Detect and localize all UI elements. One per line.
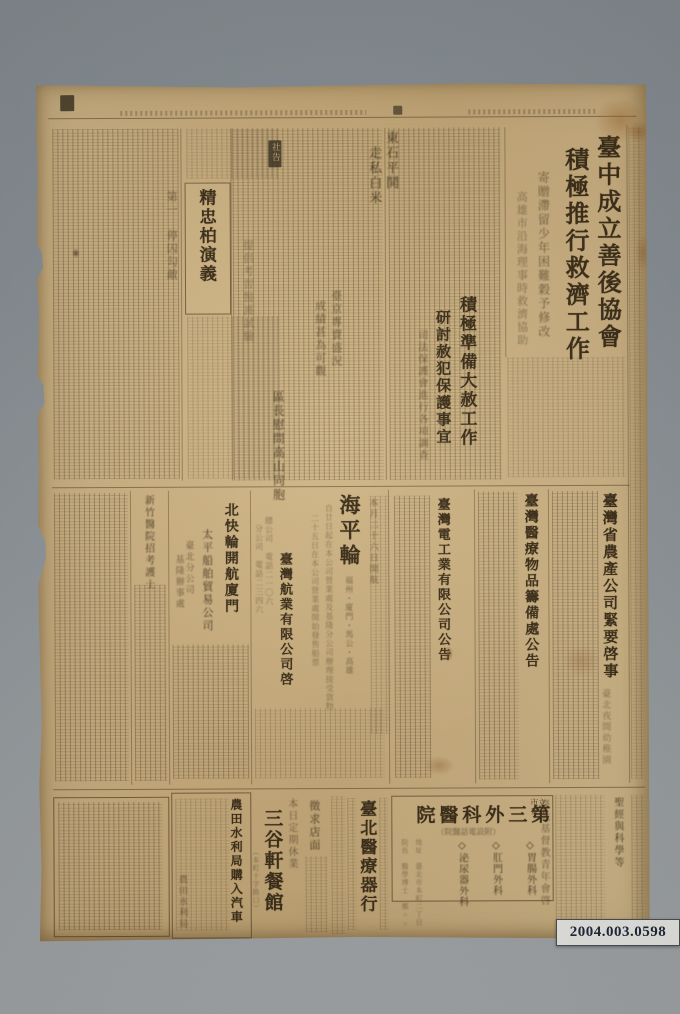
- edge-ad-texture: [631, 795, 646, 933]
- hospital3-item3: ◇泌尿器外科: [456, 840, 467, 907]
- body-text-block: [507, 357, 626, 478]
- ad-body-texture: [173, 644, 250, 778]
- ad-body-texture: [394, 496, 431, 778]
- ad-column-rule: [168, 491, 170, 785]
- haiping-signature: 臺灣航業有限公司啓: [278, 552, 292, 687]
- section-header-stamp-label: 社告: [270, 142, 280, 162]
- ad-body-texture: [552, 491, 599, 779]
- beikuai-company: 太平船舶貿易公司: [200, 529, 212, 633]
- serial-chapter-line: 第一 停囚勾敵: [165, 191, 177, 282]
- monopoly-subhead-1: 臺京專賣盛況: [329, 290, 341, 368]
- store-wanted-ad: 徵求店面: [307, 800, 319, 852]
- hospital3-ad-box: 市立臺北 院醫科外三第 （院醫話電設附） ◇胃腸外科 ◇肛門外科 ◇泌尿器外科 …: [391, 795, 553, 902]
- haiping-office1: 總公司 電話二一〇六: [264, 516, 273, 606]
- newspaper-page: 臺中成立善後協會 積極推行救濟工作 寄贈滯留少年困難穀予修改 高雄市沿海理事時救…: [36, 83, 650, 942]
- body-text-block: [52, 129, 180, 480]
- ad-body-texture: [478, 491, 519, 779]
- ad-body-texture: [54, 493, 129, 781]
- masthead-dateline-texture: [120, 110, 366, 116]
- masthead-rule: [48, 116, 636, 120]
- amnesty-headline-2: 研討赦犯保護事宜: [433, 310, 449, 446]
- masthead-issue-texture: [468, 109, 598, 115]
- qixing-side-texture: [379, 798, 389, 930]
- hospital3-item1: ◇胃腸外科: [524, 840, 535, 896]
- ad-column-rule: [130, 491, 132, 785]
- lead-subhead-1: 寄贈滯留少年困難穀予修改: [537, 171, 550, 339]
- store-ad-texture: [306, 856, 328, 932]
- hospital3-subtitle: （院醫話電設附）: [436, 826, 500, 837]
- hospital3-address: 地址 臺北市本町二丁目: [414, 839, 422, 927]
- hospital3-director: 院長 醫學博士 鄭○○: [400, 839, 408, 929]
- sangu-restaurant-name: 三谷軒餐館: [261, 808, 281, 913]
- ad-column-rule: [548, 489, 550, 783]
- rice-headline-1: 東石平鬨: [384, 131, 398, 191]
- ad-body-texture: [255, 708, 385, 779]
- ad-column-rule: [474, 489, 476, 783]
- qixing-ad-title: 臺北醫療器行: [357, 800, 375, 914]
- diangong-ad-title: 臺灣電工業有限公司公告: [436, 498, 450, 663]
- monopoly-subhead-2: 成績甚為可觀: [313, 300, 325, 378]
- ad-body-texture: [134, 585, 167, 781]
- ymca-topic-line: 聖經與科學等: [611, 797, 622, 869]
- lead-subhead-2: 高雄市沿海理事時救濟協助: [515, 191, 527, 347]
- amnesty-headline-1: 積極準備大赦工作: [457, 295, 476, 447]
- beikuai-ad-title: 北快輪開航廈門: [222, 502, 237, 614]
- museum-photo: 臺中成立善後協會 積極推行救濟工作 寄贈滯留少年困難穀予修改 高雄市沿海理事時救…: [0, 0, 680, 1014]
- beikuai-branch1: 臺北分公司: [184, 541, 194, 596]
- ad-column-rule: [250, 490, 252, 784]
- amnesty-subhead: 司法保護會進行各項調查: [415, 330, 426, 462]
- hospital3-item2: ◇肛門外科: [490, 840, 501, 896]
- haiping-sailing-date: 本月二十六日開航: [368, 498, 378, 586]
- ink-stamp: [60, 95, 74, 111]
- rice-headline-2: 走私白米: [367, 146, 381, 206]
- lead-headline-line1: 臺中成立善後協會: [592, 135, 618, 351]
- exam-subhead: 提倡考習醫護試驗: [241, 239, 253, 343]
- xinzhu-ad-title: 新竹醫院招考護士: [142, 495, 153, 591]
- night-school-ad: 臺北夜間幼稚園: [601, 689, 611, 766]
- beikuai-branch2: 基隆辦事處: [174, 555, 184, 610]
- column-rule: [504, 127, 506, 357]
- haiping-notice-line3: 二十五日在本公司營業處開始發售船票: [310, 514, 319, 667]
- classified-texture: [58, 802, 163, 930]
- ad-texture: [331, 796, 346, 934]
- ymca-body-texture: [555, 795, 606, 933]
- classified-ad-box: [53, 797, 170, 938]
- catalog-number: 2004.003.0598: [570, 924, 667, 941]
- sangu-location: （本町十字路口）: [251, 848, 259, 912]
- yiliao-ad-title: 臺灣醫療物品籌備處公告: [522, 493, 537, 669]
- qixing-side-texture: [347, 798, 357, 930]
- sangu-notice: 本日定期休業: [285, 798, 296, 870]
- haiping-ship-name: 海平輪: [338, 494, 360, 569]
- nongtian-ad-title: 農田水利局購入汽車: [229, 798, 242, 924]
- haiping-notice-line2: 自廿日起在本公司營業處及基隆分公司辦理接受貨物: [324, 504, 333, 711]
- bottom-section-divider: [53, 787, 645, 791]
- nongtian-signature: 農田水利局: [178, 875, 188, 930]
- nongchan-ad-title: 臺灣省農產公司緊要啓事: [600, 493, 617, 680]
- body-text-block: [232, 128, 384, 481]
- ymca-signature: 臺北基督教青年會啓: [537, 799, 548, 907]
- catalog-number-label: 2004.003.0598: [556, 919, 680, 946]
- haiping-route: 福州・廈門・馬公・高雄: [344, 576, 353, 675]
- masthead-stamp-icon: [393, 106, 402, 115]
- haiping-office2: 分公司 電話二三四六: [254, 524, 263, 614]
- section-divider: [52, 485, 630, 489]
- column-rule: [180, 129, 183, 481]
- lead-headline-line2: 積極推行救濟工作: [560, 147, 586, 363]
- classifieds-column-texture: [628, 127, 645, 779]
- serial-story-title: 精忠柏演義: [197, 189, 215, 284]
- hospital3-title: 院醫科外三第: [416, 800, 554, 828]
